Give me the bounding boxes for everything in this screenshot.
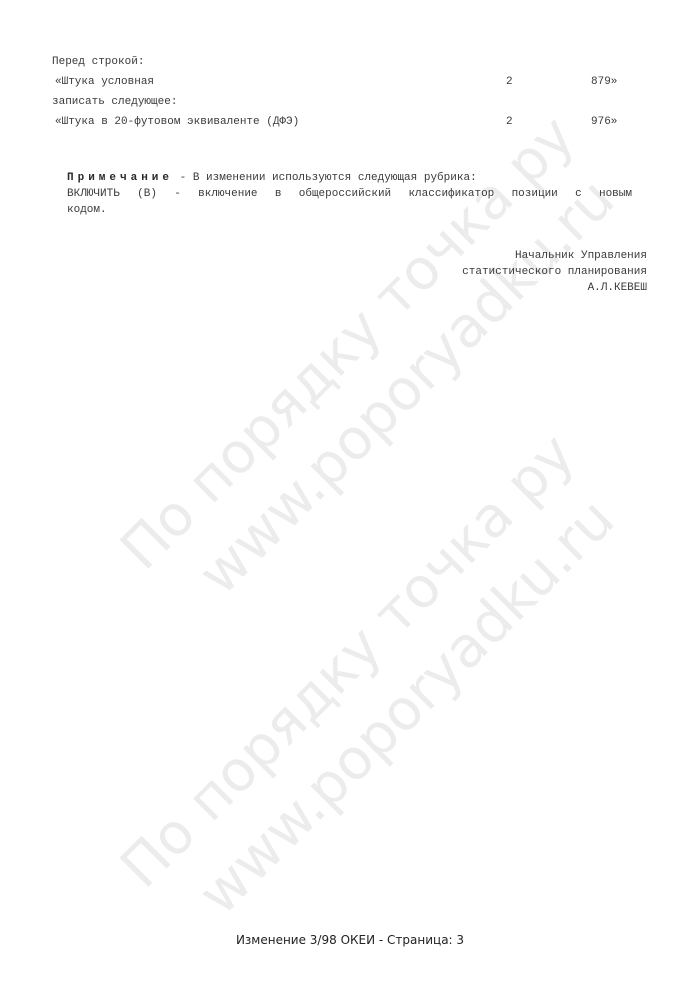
before-row-code: 879» [591, 75, 617, 89]
note-label: Примечание [67, 172, 173, 184]
signature-block: Начальник Управления статистического пла… [462, 248, 647, 296]
watermark-ru: По порядку точка ру [112, 425, 585, 898]
note-line-1: Примечание - В изменении используются сл… [67, 170, 632, 186]
watermark-url: www.poporyadku.ru [190, 170, 624, 604]
note-line-2: ВКЛЮЧИТЬ (В) - включение в общероссийски… [67, 186, 632, 202]
signature-title-1: Начальник Управления [462, 248, 647, 264]
page-footer: Изменение 3/98 ОКЕИ - Страница: 3 [0, 933, 700, 947]
new-row-name: «Штука в 20-футовом эквиваленте (ДФЭ) [55, 115, 299, 129]
new-row-code: 976» [591, 115, 617, 129]
note-intro: - В изменении используются следующая руб… [173, 172, 477, 184]
signature-name: А.Л.КЕВЕШ [462, 280, 647, 296]
before-row-name: «Штука условная [55, 75, 154, 89]
note-line-3: кодом. [67, 202, 632, 218]
before-row-group: 2 [506, 75, 513, 89]
note-block: Примечание - В изменении используются сл… [67, 170, 632, 218]
document-page: По порядку точка ру www.poporyadku.ru По… [0, 0, 700, 990]
signature-title-2: статистического планирования [462, 264, 647, 280]
write-label: записать следующее: [52, 95, 177, 109]
watermark-url: www.poporyadku.ru [190, 490, 624, 924]
before-label: Перед строкой: [52, 55, 144, 69]
new-row-group: 2 [506, 115, 513, 129]
